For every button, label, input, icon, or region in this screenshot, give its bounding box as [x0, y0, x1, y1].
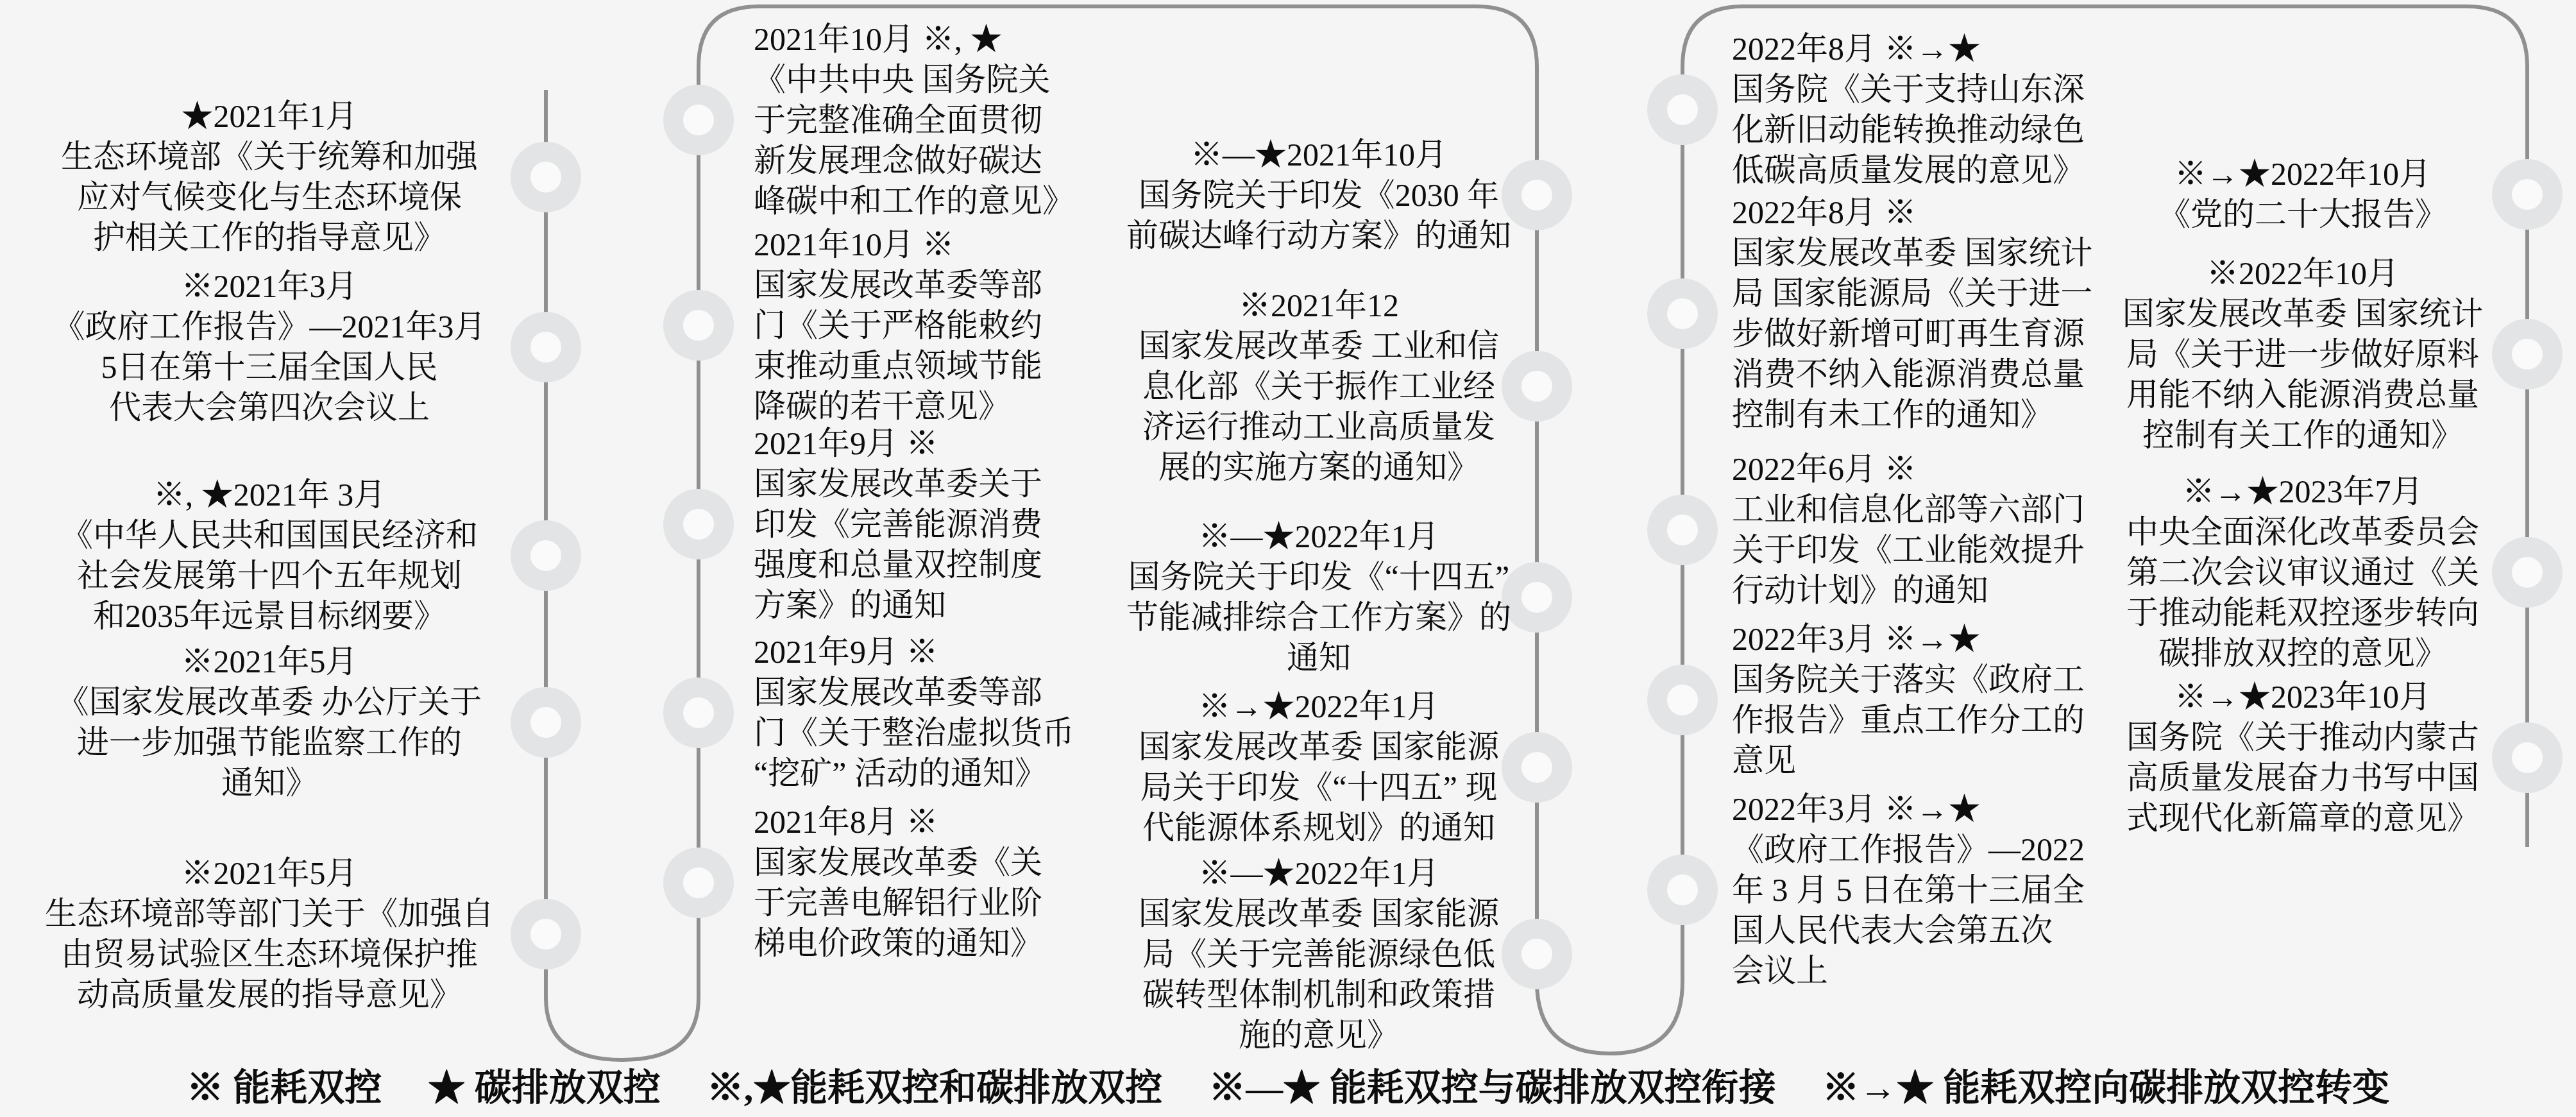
policy-entry-2021-01-mee: ★2021年1月 生态环境部《关于统筹和加强 应对气候变化与生态环境保 护相关工… — [13, 96, 526, 258]
policy-entry-2021-08-aluminum: 2021年8月 ※ 国家发展改革委《关 于完善电解铝行业阶 梯电价政策的通知》 — [754, 802, 1139, 964]
policy-entry-2023-07-reform: ※→★2023年7月 中央全面深化改革委员会 第二次会议审议通过《关 于推动能耗… — [2110, 472, 2495, 674]
legend-item-both: ※,★能耗双控和碳排放双控 — [707, 1057, 1163, 1111]
policy-entry-2021-03-plan: ※, ★2021年 3月 《中华人民共和国国民经济和 社会发展第十四个五年规划 … — [13, 475, 526, 636]
timeline-node — [663, 848, 734, 918]
timeline-node — [1502, 351, 1572, 422]
policy-entry-2022-03-division: 2022年3月 ※→★ 国务院关于落实《政府工 作报告》重点工作分工的 意见 — [1732, 619, 2142, 781]
policy-entry-2022-08-shandong: 2022年8月 ※→★ 国务院《关于支持山东深 化新旧动能转换推动绿色 低碳高质… — [1732, 29, 2142, 191]
legend-item-link: ※—★ 能耗双控与碳排放双控衔接 — [1208, 1057, 1776, 1111]
timeline-diagram: ★2021年1月 生态环境部《关于统筹和加强 应对气候变化与生态环境保 护相关工… — [0, 0, 2576, 1117]
timeline-node — [663, 85, 734, 155]
policy-entry-2021-03-report: ※2021年3月 《政府工作报告》—2021年3月 5日在第十三届全国人民 代表… — [13, 266, 526, 428]
legend-item-energy: ※ 能耗双控 — [187, 1057, 382, 1111]
legend-item-carbon: ★ 碳排放双控 — [428, 1057, 661, 1111]
policy-entry-2021-09-mining: 2021年9月 ※ 国家发展改革委等部 门《关于整治虚拟货币 “挖矿” 活动的通… — [754, 632, 1139, 794]
policy-entry-2022-01-green: ※—★2022年1月 国家发展改革委 国家能源 局《关于完善能源绿色低 碳转型体… — [1126, 853, 1511, 1055]
timeline-node — [1647, 278, 1718, 349]
policy-entry-2022-01-system: ※→★2022年1月 国家发展改革委 国家能源 局关于印发《“十四五” 现 代能… — [1126, 686, 1511, 848]
policy-entry-2021-05-ftz: ※2021年5月 生态环境部等部门关于《加强自 由贸易试验区生态环境保护推 动高… — [13, 853, 526, 1015]
policy-entry-2021-10-cpc: 2021年10月 ※, ★ 《中共中央 国务院关 于完整准确全面贯彻 新发展理念… — [754, 19, 1139, 221]
timeline-node — [1502, 919, 1572, 989]
policy-entry-2021-10-energy: 2021年10月 ※ 国家发展改革委等部 门《关于严格能敕约 束推动重点领域节能… — [754, 225, 1139, 427]
timeline-node — [2492, 319, 2563, 389]
timeline-node — [1502, 160, 1572, 230]
policy-entry-2021-05-ndrc: ※2021年5月 《国家发展改革委 办公厅关于 进一步加强节能监察工作的 通知》 — [13, 642, 526, 803]
policy-entry-2022-01-saving: ※—★2022年1月 国务院关于印发《“十四五” 节能减排综合工作方案》的 通知 — [1126, 516, 1511, 678]
policy-entry-2021-10-peak: ※—★2021年10月 国务院关于印发《2030 年 前碳达峰行动方案》的通知 — [1126, 135, 1511, 256]
policy-entry-2022-08-renewable: 2022年8月 ※ 国家发展改革委 国家统计 局 国家能源局《关于进一 步做好新… — [1732, 192, 2142, 435]
legend-item-transition: ※→★ 能耗双控向碳排放双控转变 — [1822, 1057, 2390, 1111]
timeline-node — [1647, 855, 1718, 925]
policy-entry-2021-09-dual: 2021年9月 ※ 国家发展改革委关于 印发《完善能源消费 强度和总量双控制度 … — [754, 423, 1139, 626]
timeline-node — [1647, 665, 1718, 735]
legend: ※ 能耗双控 ★ 碳排放双控 ※,★能耗双控和碳排放双控 ※—★ 能耗双控与碳排… — [0, 1057, 2576, 1111]
timeline-node — [1647, 495, 1718, 565]
timeline-node — [663, 290, 734, 361]
policy-entry-2022-10-congress: ※→★2022年10月 《党的二十大报告》 — [2110, 154, 2495, 235]
policy-entry-2022-06-efficiency: 2022年6月 ※ 工业和信息化部等六部门 关于印发《工业能效提升 行动计划》的… — [1732, 449, 2142, 611]
timeline-node — [663, 489, 734, 559]
timeline-node — [2492, 159, 2563, 230]
policy-entry-2022-10-feedstock: ※2022年10月 国家发展改革委 国家统计 局《关于进一步做好原料 用能不纳入… — [2110, 253, 2495, 456]
policy-entry-2022-03-report: 2022年3月 ※→★ 《政府工作报告》—2022 年 3 月 5 日在第十三届… — [1732, 789, 2142, 991]
policy-entry-2023-10-neimenggu: ※→★2023年10月 国务院《关于推动内蒙古 高质量发展奋力书写中国 式现代化… — [2110, 677, 2495, 839]
timeline-node — [1647, 74, 1718, 145]
timeline-node — [2492, 537, 2563, 608]
timeline-node — [1502, 562, 1572, 633]
timeline-node — [663, 678, 734, 748]
timeline-node — [2492, 722, 2563, 793]
policy-entry-2021-12-industry: ※2021年12 国家发展改革委 工业和信 息化部《关于振作工业经 济运行推动工… — [1126, 286, 1511, 488]
timeline-node — [1502, 732, 1572, 803]
